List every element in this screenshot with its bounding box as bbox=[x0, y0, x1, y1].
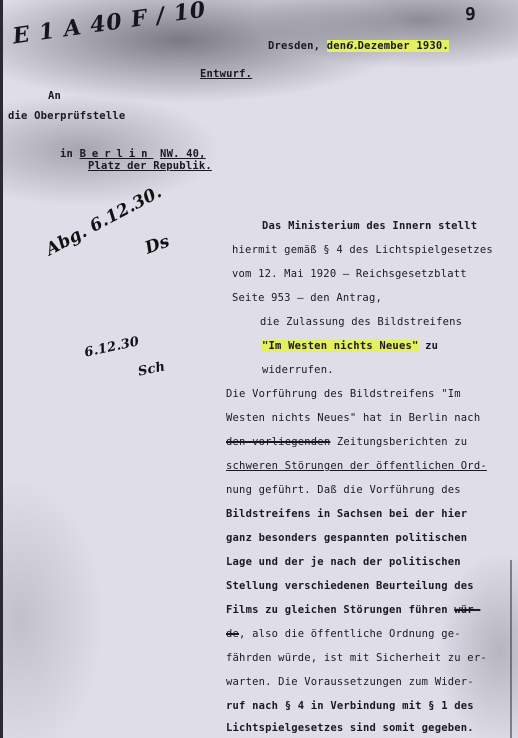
scanned-page: E 1 A 40 F / 10 9 Dresden, den6.Dezember… bbox=[0, 0, 518, 738]
body-line-1: Das Ministerium des Innern stellt bbox=[262, 220, 477, 232]
handwritten-date: 6.12.30 bbox=[83, 334, 141, 360]
archive-stamp: E 1 A 40 F / 10 bbox=[11, 0, 208, 49]
recipient-office: die Oberprüfstelle bbox=[8, 110, 125, 122]
para-line-14: ruf nach § 4 in Verbindung mit § 1 des bbox=[226, 700, 474, 712]
para-line-7: ganz besonders gespannten politischen bbox=[226, 532, 467, 544]
para-line-11: de, also die öffentliche Ordnung ge- bbox=[226, 628, 461, 640]
para-line-1: Die Vorführung des Bildstreifens "Im bbox=[226, 388, 461, 400]
recipient-to: An bbox=[48, 90, 61, 102]
page-edge-mark bbox=[510, 560, 512, 738]
place-date: Dresden, den6.Dezember 1930. bbox=[268, 40, 449, 52]
handwritten-day: 6. bbox=[346, 40, 357, 52]
para-line-6: Bildstreifens in Sachsen bei der hier bbox=[226, 508, 467, 520]
para-line-15: Lichtspielgesetzes sind somit gegeben. bbox=[226, 722, 474, 734]
para-line-3: den vorliegenden Zeitungsberichten zu bbox=[226, 436, 467, 448]
body-line-4: Seite 953 – den Antrag, bbox=[232, 292, 382, 304]
para-line-13: warten. Die Voraussetzungen zum Wider- bbox=[226, 676, 474, 688]
para-line-4: schweren Störungen der öffentlichen Ord- bbox=[226, 460, 487, 472]
handwritten-initials-2: Sch bbox=[137, 359, 167, 379]
recipient-street: Platz der Republik. bbox=[88, 160, 212, 172]
recipient-city-line: in Berlin NW. 40, bbox=[60, 148, 206, 160]
film-title: "Im Westen nichts Neues" bbox=[262, 340, 419, 352]
revoke-line: widerrufen. bbox=[262, 364, 334, 376]
request-line: die Zulassung des Bildstreifens bbox=[260, 316, 462, 328]
body-line-3: vom 12. Mai 1920 – Reichsgesetzblatt bbox=[232, 268, 467, 280]
draft-label: Entwurf. bbox=[200, 68, 252, 80]
para-line-8: Lage und der je nach der politischen bbox=[226, 556, 461, 568]
para-line-2: Westen nichts Neues" hat in Berlin nach bbox=[226, 412, 480, 424]
page-number: 9 bbox=[465, 4, 476, 25]
page-edge-shadow bbox=[0, 0, 3, 738]
para-line-5: nung geführt. Daß die Vorführung des bbox=[226, 484, 461, 496]
para-line-9: Stellung verschiedenen Beurteilung des bbox=[226, 580, 474, 592]
handwritten-initials: Ds bbox=[142, 231, 172, 258]
para-line-12: fährden würde, ist mit Sicherheit zu er- bbox=[226, 652, 487, 664]
film-title-line: "Im Westen nichts Neues" zu bbox=[262, 340, 438, 352]
body-line-2: hiermit gemäß § 4 des Lichtspielgesetzes bbox=[232, 244, 493, 256]
para-line-10: Films zu gleichen Störungen führen wür- bbox=[226, 604, 480, 616]
